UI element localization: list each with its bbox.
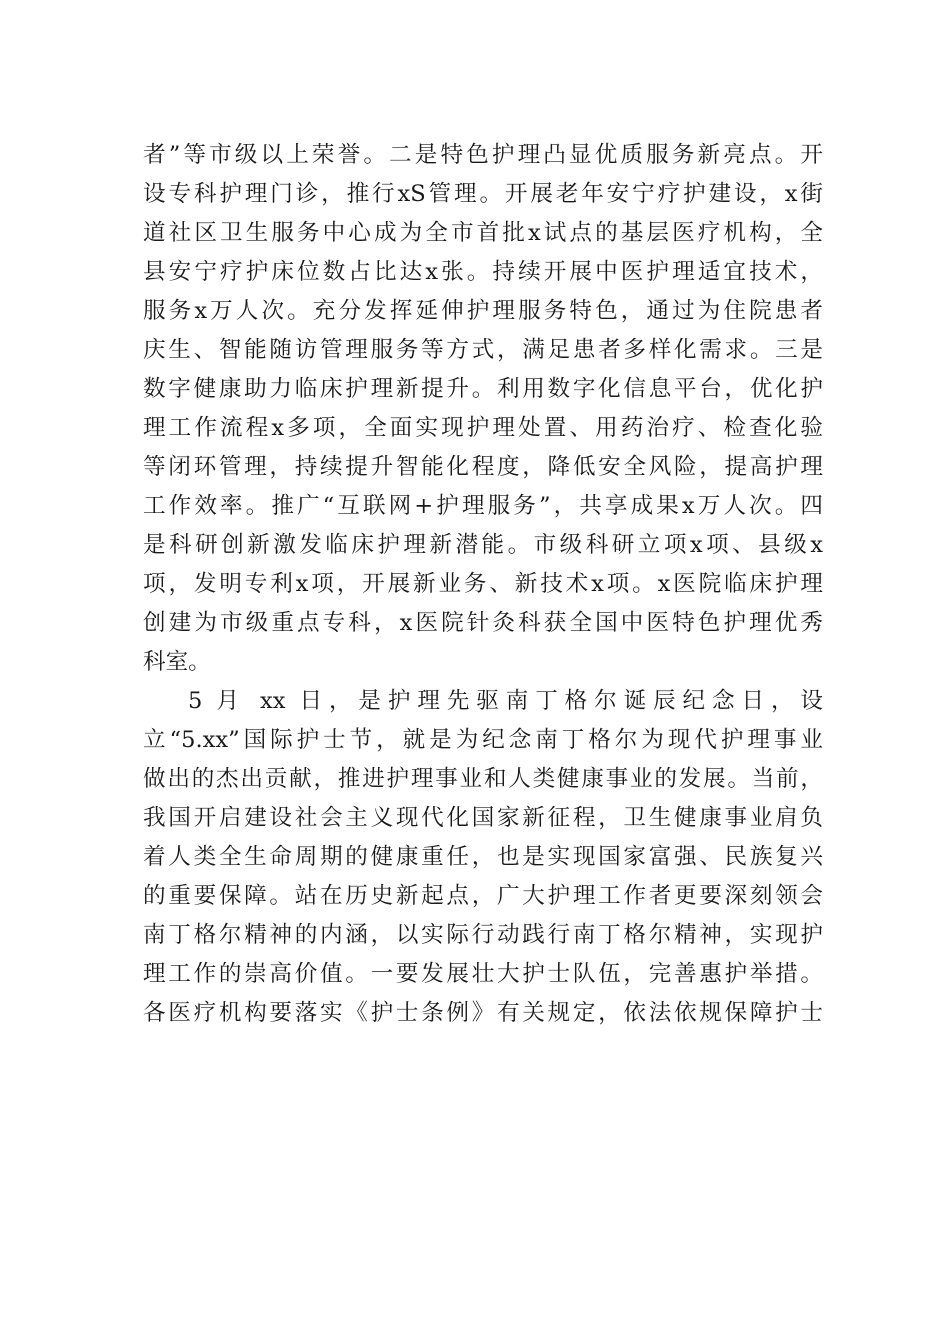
text-line: 各医疗机构要落实《护士条例》有关规定，依法依规保障护士 xyxy=(143,994,823,1033)
text-line: 服务x万人次。充分发挥延伸护理服务特色，通过为住院患者 xyxy=(143,292,823,331)
text-line: 等闭环管理，持续提升智能化程度，降低安全风险，提高护理 xyxy=(143,448,823,487)
text-line: 着人类全生命周期的健康重任，也是实现国家富强、民族复兴 xyxy=(143,838,823,877)
text-line: 数字健康助力临床护理新提升。利用数字化信息平台，优化护 xyxy=(143,370,823,409)
text-line: 科室。 xyxy=(143,643,823,682)
text-line: 设专科护理门诊，推行xS管理。开展老年安宁疗护建设，x街 xyxy=(143,175,823,214)
text-line: 项，发明专利x项，开展新业务、新技术x项。x医院临床护理 xyxy=(143,565,823,604)
document-page: 者”等市级以上荣誉。二是特色护理凸显优质服务新亮点。开 设专科护理门诊，推行xS… xyxy=(0,0,950,1344)
text-line: 道社区卫生服务中心成为全市首批x试点的基层医疗机构，全 xyxy=(143,214,823,253)
text-line: 是科研创新激发临床护理新潜能。市级科研立项x项、县级x xyxy=(143,526,823,565)
text-line: 者”等市级以上荣誉。二是特色护理凸显优质服务新亮点。开 xyxy=(143,136,823,175)
text-line: 5 月 xx 日，是护理先驱南丁格尔诞辰纪念日，设 xyxy=(143,682,823,721)
text-line: 创建为市级重点专科，x医院针灸科获全国中医特色护理优秀 xyxy=(143,604,823,643)
text-line: 庆生、智能随访管理服务等方式，满足患者多样化需求。三是 xyxy=(143,331,823,370)
text-line: 做出的杰出贡献，推进护理事业和人类健康事业的发展。当前， xyxy=(143,760,823,799)
text-line: 南丁格尔精神的内涵，以实际行动践行南丁格尔精神，实现护 xyxy=(143,916,823,955)
text-line: 工作效率。推广“互联网+护理服务”，共享成果x万人次。四 xyxy=(143,487,823,526)
text-line: 我国开启建设社会主义现代化国家新征程，卫生健康事业肩负 xyxy=(143,799,823,838)
paragraph-2: 5 月 xx 日，是护理先驱南丁格尔诞辰纪念日，设 立“5.xx”国际护士节，就… xyxy=(143,682,823,1033)
text-line: 立“5.xx”国际护士节，就是为纪念南丁格尔为现代护理事业 xyxy=(143,721,823,760)
text-line: 的重要保障。站在历史新起点，广大护理工作者更要深刻领会 xyxy=(143,877,823,916)
document-body: 者”等市级以上荣誉。二是特色护理凸显优质服务新亮点。开 设专科护理门诊，推行xS… xyxy=(143,136,823,1033)
paragraph-1: 者”等市级以上荣誉。二是特色护理凸显优质服务新亮点。开 设专科护理门诊，推行xS… xyxy=(143,136,823,682)
text-line: 理工作的崇高价值。一要发展壮大护士队伍，完善惠护举措。 xyxy=(143,955,823,994)
text-line: 县安宁疗护床位数占比达x张。持续开展中医护理适宜技术， xyxy=(143,253,823,292)
text-line: 理工作流程x多项，全面实现护理处置、用药治疗、检查化验 xyxy=(143,409,823,448)
